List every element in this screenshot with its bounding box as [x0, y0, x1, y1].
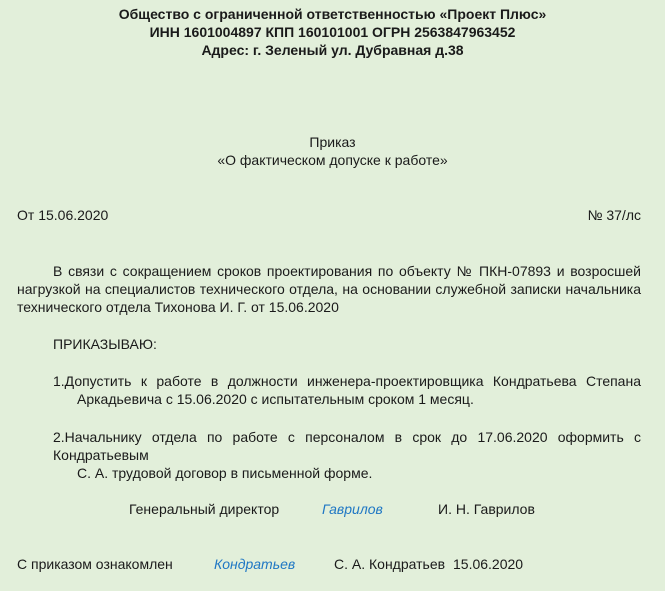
- order-item-2-line-1: 2.Начальнику отдела по работе с персонал…: [53, 428, 641, 464]
- order-item-2-line-2: С. А. трудовой договор в письменной форм…: [53, 464, 641, 482]
- order-subject: «О фактическом допуске к работе»: [0, 151, 665, 169]
- acknowledgement-date: 15.06.2020: [453, 556, 523, 572]
- preamble-paragraph: В связи с сокращением сроков проектирова…: [17, 262, 641, 316]
- company-name: Общество с ограниченной ответственностью…: [0, 5, 665, 23]
- order-item-1: 1.Допустить к работе в должности инженер…: [53, 372, 641, 408]
- director-signature: Гаврилов: [322, 501, 383, 517]
- employee-signature: Кондратьев: [214, 556, 295, 572]
- order-item-1-line-1: 1.Допустить к работе в должности инженер…: [53, 372, 641, 390]
- order-directive: ПРИКАЗЫВАЮ:: [53, 336, 157, 352]
- acknowledgement-label: С приказом ознакомлен: [17, 556, 173, 572]
- director-title: Генеральный директор: [129, 501, 279, 517]
- order-item-2: 2.Начальнику отдела по работе с персонал…: [53, 428, 641, 482]
- company-requisites: ИНН 1601004897 КПП 160101001 ОГРН 256384…: [0, 23, 665, 41]
- director-name: И. Н. Гаврилов: [438, 501, 535, 517]
- order-number: № 37/лс: [587, 207, 641, 223]
- company-address: Адрес: г. Зеленый ул. Дубравная д.38: [0, 41, 665, 59]
- order-title: Приказ «О фактическом допуске к работе»: [0, 133, 665, 169]
- order-item-1-line-2: Аркадьевича с 15.06.2020 с испытательным…: [53, 390, 641, 408]
- order-date: От 15.06.2020: [17, 207, 108, 223]
- document-type: Приказ: [0, 133, 665, 151]
- employee-name: С. А. Кондратьев: [334, 556, 445, 572]
- company-header: Общество с ограниченной ответственностью…: [0, 5, 665, 59]
